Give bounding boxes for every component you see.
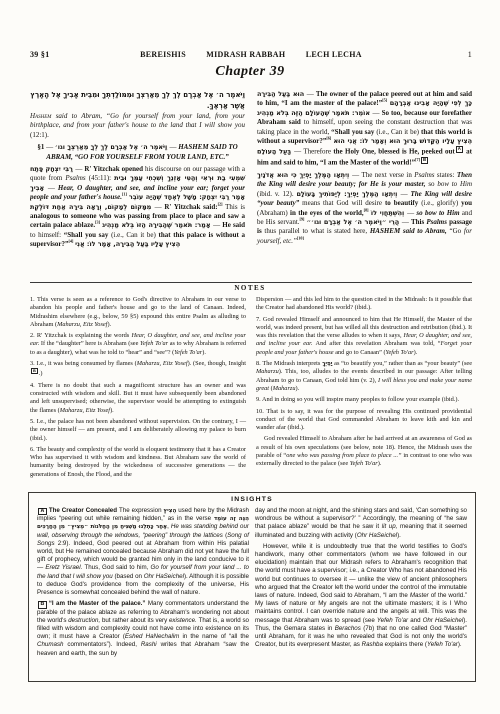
- header-series: MIDRASH RABBAH: [206, 50, 285, 59]
- note-item: 4. There is no doubt that such a magnifi…: [30, 382, 246, 415]
- note-item: 5. I.e., the palace has not been abandon…: [30, 418, 246, 443]
- insight-paragraph: However, while it is undoubtedly true th…: [255, 543, 467, 650]
- notes-left-column: 1. This verse is seen as a reference to …: [30, 296, 246, 482]
- note-continuation: Dispersion — and this led him to the que…: [256, 296, 472, 313]
- notes-divider-rule: [30, 282, 472, 283]
- running-header: 39 §1 BEREISHIS MIDRASH RABBAH LECH LECH…: [30, 50, 472, 62]
- verse-hebrew: וַיֹּאמֶר ה׳ אֶל אַבְרָם לֶךְ לְךָ מֵאַר…: [30, 90, 245, 111]
- note-item: 3. I.e., it was being consumed by flames…: [30, 360, 246, 379]
- note-item: God revealed Himself to Abraham after he…: [256, 435, 472, 468]
- main-text: וַיֹּאמֶר ה׳ אֶל אַבְרָם לֶךְ לְךָ מֵאַר…: [30, 90, 472, 278]
- note-item: 8. The Midrash interprets יָפְיֵךְ as “t…: [256, 360, 472, 393]
- insights-box: INSIGHTS AThe Creator Concealed The expr…: [28, 492, 476, 682]
- main-paragraph: רַבִּי יִצְחָק פָּתַח — R' Yitzchak open…: [30, 165, 245, 250]
- verse-translation: Hashem said to Abram, “Go for yourself f…: [30, 112, 245, 140]
- chapter-title: Chapter 39: [0, 64, 500, 80]
- header-title: BEREISHIS MIDRASH RABBAH LECH LECHA: [30, 50, 472, 59]
- section-1-heading: §1 — וַיֹּאמֶר ה׳ אֶל אַבְרָם לֶךְ לְךָ …: [30, 143, 245, 162]
- note-item: 2. R' Yitzchak is explaining the words H…: [30, 332, 246, 357]
- note-item: 1. This verse is seen as a reference to …: [30, 296, 246, 329]
- insight-continuation: day and the moon at night, and the shini…: [255, 507, 467, 540]
- main-left-column: וַיֹּאמֶר ה׳ אֶל אַבְרָם לֶךְ לְךָ מֵאַר…: [30, 90, 245, 253]
- header-parshah: LECH LECHA: [306, 50, 362, 59]
- notes-section: 1. This verse is seen as a reference to …: [30, 296, 472, 484]
- note-item: 10. That is to say, it was for the purpo…: [256, 408, 472, 433]
- book-page: 39 §1 BEREISHIS MIDRASH RABBAH LECH LECH…: [0, 0, 500, 714]
- notes-right-column: Dispersion — and this led him to the que…: [256, 296, 472, 472]
- main-paragraph: וְיִתְאָו הַמֶּלֶךְ יָפְיֵךְ כִּי הוּא א…: [257, 171, 472, 246]
- note-item: 6. The beauty and complexity of the worl…: [30, 446, 246, 479]
- insight-paragraph: AThe Creator Concealed The expression הֵ…: [37, 507, 249, 597]
- note-item: 7. God revealed Himself and announced to…: [256, 316, 472, 357]
- insight-paragraph: B“I am the Master of the palace.” Many c…: [37, 600, 249, 657]
- insights-heading: INSIGHTS: [29, 496, 475, 503]
- header-page-number: 1: [468, 50, 472, 59]
- insights-right-column: day and the moon at night, and the shini…: [255, 507, 467, 652]
- header-book: BEREISHIS: [140, 50, 186, 59]
- main-paragraph: הוּא בַּעַל הַבִּירָה — The owner of the…: [257, 90, 472, 168]
- main-right-column: הוּא בַּעַל הַבִּירָה — The owner of the…: [257, 90, 472, 249]
- notes-heading: NOTES: [0, 284, 500, 292]
- note-item: 9. And in doing so you will inspire many…: [256, 396, 472, 404]
- insights-left-column: AThe Creator Concealed The expression הֵ…: [37, 507, 249, 661]
